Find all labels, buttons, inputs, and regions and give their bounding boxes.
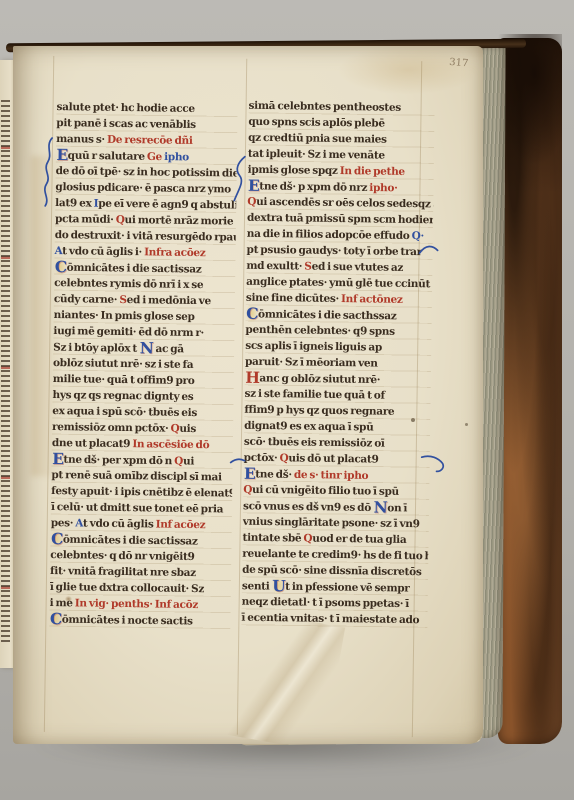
text-segment: glosius pdicare· ē pasca nrz ymo: [55, 181, 231, 195]
text-segment: tintate sbē: [242, 532, 303, 545]
text-segment: De resrecōe dñi: [107, 134, 193, 147]
text-segment: ui ascendēs sr oēs celos sedesqz ad: [256, 196, 433, 211]
text-segment: remissiōz omn pctōx·: [52, 421, 171, 435]
text-segment: pit panē i scas ac venāblis: [56, 117, 196, 131]
text-segment: tne dš· p xpm dō nrz: [259, 180, 369, 194]
text-segment: ipho·: [369, 182, 397, 194]
text-segment: ui: [183, 455, 194, 467]
manuscript-page: 317 salute ptet· hc hodie accepit panē i…: [13, 46, 483, 744]
text-segment: simā celebntes pentheostes: [249, 100, 401, 114]
text-segment: i me: [50, 597, 75, 609]
decorated-initial: E: [56, 147, 68, 164]
manuscript-book: 317 salute ptet· hc hodie accepit panē i…: [0, 38, 562, 752]
text-segment: ōmnicātes i die sactissaz: [63, 534, 198, 548]
text-segment: sine fine dicūtes·: [246, 292, 341, 305]
text-segment: oblōz siutut nrē· sz i ste fa: [53, 357, 193, 371]
text-segment: Q·: [412, 230, 424, 242]
text-segment: ōmnicātes i die sactissaz: [67, 262, 202, 276]
text-segment: pctōx·: [244, 452, 280, 464]
text-segment: ipmis glose spqz: [248, 164, 340, 177]
decorated-initial: E: [52, 451, 64, 468]
decorated-initial: C: [50, 531, 63, 548]
text-segment: ac gā: [153, 343, 184, 355]
text-segment: Q: [279, 452, 288, 464]
marginalia-layer: [13, 45, 483, 52]
text-segment: on ī: [387, 502, 407, 514]
text-segment: reuelante te credim9· hs de fi tuo hs: [242, 548, 428, 563]
decorated-initial: H: [245, 370, 260, 387]
text-segment: dne ut placat9: [52, 437, 133, 450]
text-segment: de s· tinr ipho: [294, 469, 369, 482]
text-segment: neqz dietatl· t ī psoms ppetas· ī: [242, 596, 409, 610]
decorated-initial: C: [54, 259, 67, 276]
text-segment: tne dš· per xpm dō n: [63, 454, 174, 468]
text-segment: quū r salutare: [68, 150, 147, 163]
text-segment: hys qz qs regnac dignty es: [52, 389, 193, 403]
text-segment: scō· tbuēs eis remissiōz oī: [244, 436, 385, 450]
text-segment: vnius singlāritate psone· sz ī vn9: [243, 516, 420, 530]
text-segment: salute ptet· hc hodie acce: [56, 101, 194, 115]
decorated-initial: E: [247, 178, 259, 195]
text-segment: celebntes rymis dō nrī i x se: [54, 277, 203, 291]
text-segment: tat ipleuit· Sz i me venāte: [248, 148, 385, 162]
text-segment: Q: [243, 484, 252, 496]
text-segment: pcta mūdi·: [55, 213, 116, 226]
text-segment: ōmnicātes i die sacthssaz: [258, 308, 397, 322]
text-segment: anc g oblōz siutut nrē·: [259, 372, 380, 386]
text-segment: uis: [179, 423, 196, 435]
text-segment: qz credtiū pnia sue maies: [248, 132, 387, 146]
text-segment: uis dō ut placat9: [288, 452, 378, 465]
text-segment: Q: [303, 533, 312, 545]
text-segment: t vdo cū āglis i·: [62, 245, 144, 258]
text-segment: Inf actōnez: [341, 293, 403, 306]
text-segment: md exultt·: [246, 260, 304, 273]
text-segment: Q: [116, 214, 125, 226]
text-segment: tne dš·: [255, 468, 294, 481]
text-segment: ui mortē nrāz morie: [125, 214, 234, 228]
page-content: 317 salute ptet· hc hodie accepit panē i…: [4, 45, 484, 749]
text-segment: de spū scō· sine dissnīa discretōs: [242, 564, 422, 579]
marginal-flourish-bracket: [41, 136, 54, 208]
text-segment: scō vnus es dš vn9 es dō: [243, 500, 373, 514]
text-segment: In vig· penths· Inf acōz: [75, 597, 198, 611]
text-segment: ī glie tue dxtra collocauit· Sz: [50, 581, 204, 595]
text-segment: uod er de tua glia: [312, 533, 406, 546]
text-segment: ipho: [164, 151, 189, 163]
text-segment: fit· vnitā fragilitat nre sbaz: [50, 565, 196, 579]
decorated-initial: C: [49, 611, 62, 628]
text-segment: ī celū· ut dmitt sue tonet eē pria: [51, 501, 223, 515]
text-segment: quo spns scis aplōs plebē: [248, 116, 385, 130]
text-segment: Q: [247, 196, 256, 208]
decorated-initial: N: [373, 498, 387, 517]
text-segment: na die in filios adopcōe effudo: [247, 228, 412, 242]
marginal-flourish-curl: [419, 243, 439, 255]
text-segment: anglice ptates· ymū glē tue ccinūt: [246, 276, 430, 291]
text-segment: festy apuit· i ipis cnētibz ē elenat9: [51, 485, 232, 500]
text-segment: de dō oī tpē· sz in hoc potissim die: [56, 165, 237, 180]
text-segment: pt psusio gaudys· toty ī orbe trar: [247, 244, 423, 258]
decorated-initial: N: [139, 339, 153, 357]
folio-number: 317: [449, 57, 469, 70]
marginal-flourish-dash: [230, 457, 246, 465]
text-segment: ed i sue vtutes az: [312, 261, 404, 274]
text-line: ī ecentia vnitas· t ī maiestate ado: [241, 610, 427, 629]
text-segment: ffim9 p hys qz quos regnare: [244, 404, 394, 418]
marginal-flourish-swash: [419, 453, 445, 473]
text-segment: celebntes· q dō nr vnigēit9: [50, 549, 194, 563]
text-segment: paruit· Sz ī mēoriam ven: [245, 356, 378, 370]
text-segment: Ge: [147, 151, 164, 163]
text-segment: dextra tuā pmissū spm scm hodier: [247, 212, 433, 227]
decorated-initial: U: [272, 578, 286, 596]
text-segment: ī ecentia vnitas· t ī maiestate ado: [241, 612, 419, 626]
text-segment: sz i ste familie tue quā t of: [244, 388, 384, 402]
marginal-flourish-tallswash: [232, 155, 247, 203]
text-segment: In die pethe: [340, 165, 405, 178]
decorated-initial: C: [246, 306, 259, 323]
text-line: Cōmnicātes i nocte sactis: [49, 611, 230, 630]
decorated-initial: E: [243, 466, 255, 483]
text-segment: dignat9 es ex aqua ī spū: [244, 420, 373, 434]
text-segment: ed i medōnia ve: [127, 294, 211, 307]
text-segment: Infra acōez: [144, 246, 206, 259]
text-segment: scs aplis ī igneis liguis ap: [245, 340, 382, 354]
text-segment: cūdy carne·: [54, 293, 120, 306]
text-segment: pes·: [51, 517, 76, 529]
photo-background: 317 salute ptet· hc hodie accepit panē i…: [0, 0, 574, 800]
text-column-left: salute ptet· hc hodie accepit panē i sca…: [49, 99, 237, 629]
text-segment: Inf acōez: [156, 518, 206, 531]
text-segment: senti: [242, 580, 272, 592]
text-column-right: simā celebntes pentheostesquo spns scis …: [241, 98, 434, 629]
text-segment: t in pfessione vē sempr: [285, 581, 410, 595]
text-segment: iugi mē gemiti· ēd dō nrm r·: [53, 325, 204, 339]
text-segment: ui cū vnigēito filio tuo ī spū: [252, 484, 399, 498]
text-segment: Sz i btōy aplōx t: [53, 342, 139, 355]
text-segment: do destruxit· i vitā resurgēdo rpauit: [55, 229, 236, 244]
text-segment: penthēn celebntes· q9 spns: [245, 324, 394, 338]
text-segment: In ascēsiōe dō: [132, 438, 209, 451]
text-segment: lat9 ex: [55, 197, 94, 210]
text-segment: t vdo cū āglis: [83, 517, 156, 530]
text-segment: ex aqua i spū scō· tbuēs eis: [52, 405, 197, 419]
text-segment: manus s·: [56, 133, 107, 146]
text-segment: ōmnicātes i nocte sactis: [62, 614, 193, 628]
text-segment: A: [54, 245, 62, 257]
text-segment: pe eī vere ē agn9 q abstulit: [98, 198, 236, 212]
text-segment: milie tue· quā t offim9 pro: [53, 373, 195, 387]
text-segment: pt renē suā omībz discipl sī mai: [51, 469, 222, 483]
text-segment: niantes· In pmis glose sep: [54, 309, 195, 323]
